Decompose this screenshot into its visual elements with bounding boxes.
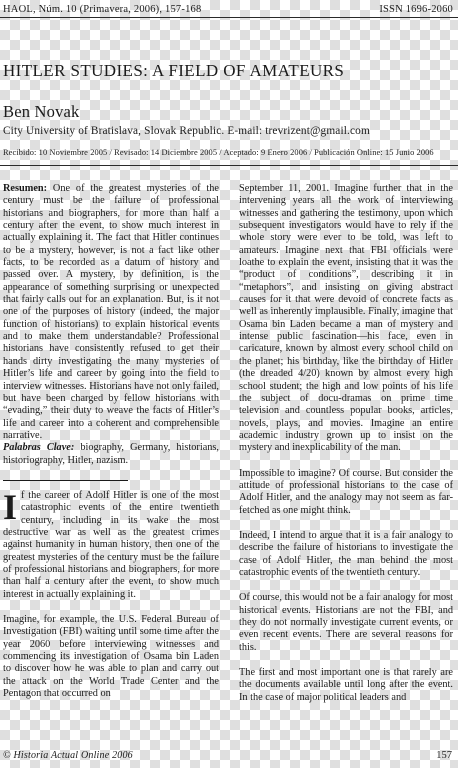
journal-reference: HAOL, Núm. 10 (Primavera, 2006), 157-168 (3, 4, 201, 15)
footer-copyright: © Historia Actual Online 2006 (3, 750, 133, 761)
section-rule (0, 165, 458, 166)
author-name: Ben Novak (3, 102, 80, 122)
left-column: Resumen: One of the greatest mysteries o… (3, 183, 219, 745)
issn-number: ISSN 1696-2060 (379, 4, 453, 15)
body-paragraph: Of course, this would not be a fair anal… (239, 592, 453, 654)
body-paragraph: September 11, 2001. Imagine further that… (239, 183, 453, 455)
submission-dates-line: Recibido: 10 Noviembre 2005 / Revisado: … (3, 148, 434, 157)
journal-article-page: { "header": { "journal_ref": "HAOL, Núm.… (0, 0, 458, 768)
page-number: 157 (436, 750, 452, 761)
abstract-text: One of the greatest mysteries of the cen… (3, 183, 219, 441)
body-paragraph: Impossible to imagine? Of course. But co… (239, 468, 453, 517)
article-title: HITLER STUDIES: A FIELD OF AMATEURS (3, 61, 344, 81)
body-paragraph: Imagine, for example, the U.S. Federal B… (3, 614, 219, 700)
abstract-label: Resumen: (3, 183, 47, 194)
body-paragraph: The first and most important one is that… (239, 667, 453, 704)
abstract-paragraph: Resumen: One of the greatest mysteries o… (3, 183, 219, 467)
footnote-separator (3, 480, 128, 481)
header-rule (0, 17, 458, 18)
drop-cap: I (3, 490, 21, 522)
paragraph-text: f the career of Adolf Hitler is one of t… (3, 490, 219, 600)
author-affiliation: City University of Bratislava, Slovak Re… (3, 125, 370, 137)
right-column: September 11, 2001. Imagine further that… (239, 183, 453, 745)
body-paragraph: If the career of Adolf Hitler is one of … (3, 490, 219, 601)
keywords-label: Palabras Clave: (3, 442, 74, 453)
body-paragraph: Indeed, I intend to argue that it is a f… (239, 530, 453, 579)
